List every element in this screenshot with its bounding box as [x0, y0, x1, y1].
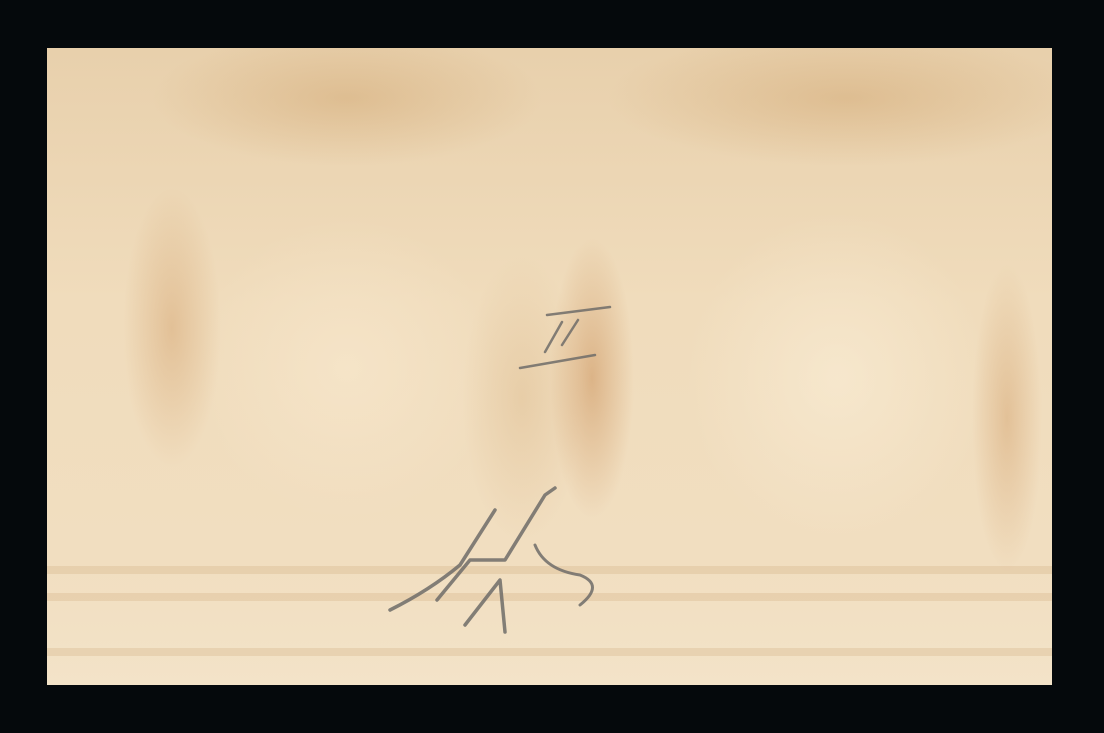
roman-numeral-two-mark — [520, 307, 610, 368]
pencil-markings — [0, 0, 1104, 733]
pencil-signature — [390, 488, 593, 632]
